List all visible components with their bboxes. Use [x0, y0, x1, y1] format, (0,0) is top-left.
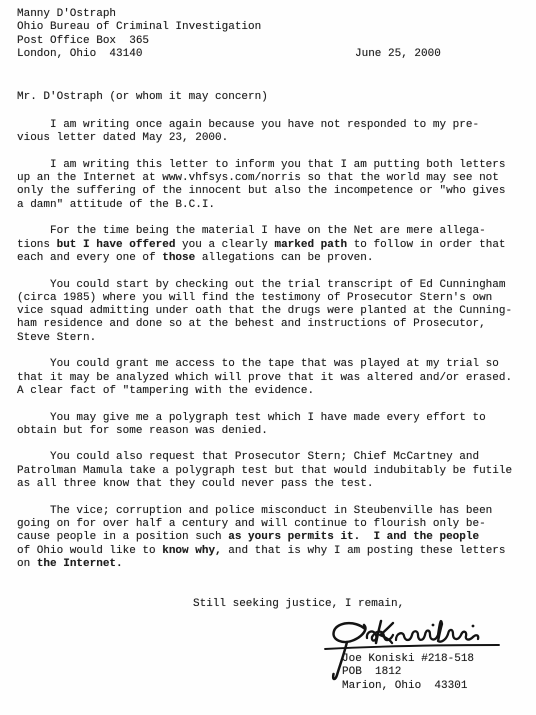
signature-underline: [325, 645, 499, 649]
letter-paragraph: For the time being the material I have o…: [17, 225, 529, 265]
text-segment: to follow in order that: [347, 239, 505, 251]
letter-body-line: You could grant me access to the tape th…: [17, 358, 529, 371]
closing-line: Still seeking justice, I remain,: [193, 598, 404, 611]
text-segment: each and every one of: [17, 252, 162, 264]
letter-body-line: up an the Internet at www.vhfsys.com/nor…: [17, 172, 529, 185]
text-segment: allegations can be proven.: [195, 252, 373, 264]
letter-body-line: Patrolman Mamula take a polygraph test b…: [17, 465, 529, 478]
emphasized-text-segment: marked path: [274, 239, 347, 251]
letter-body-line: ham residence and done so at the behest …: [17, 318, 529, 331]
text-segment: you a clearly: [175, 239, 274, 251]
emphasized-text-segment: the Internet.: [37, 558, 123, 570]
signature-i-dot: [432, 624, 435, 627]
sender-address-line: London, Ohio 43140: [17, 48, 261, 61]
signature-stroke: [367, 631, 393, 640]
letter-paragraph: You may give me a polygraph test which I…: [17, 412, 529, 439]
letter-body-line: on the Internet.: [17, 558, 529, 571]
letter-body-line: cause people in a position such as yours…: [17, 531, 529, 544]
letter-body-line: tions but I have offered you a clearly m…: [17, 239, 529, 252]
signature-stroke: [376, 621, 381, 643]
letter-body-line: of Ohio would like to know why, and that…: [17, 545, 529, 558]
signature-stroke: [334, 623, 366, 642]
letter-body-line: that it may be analyzed which will prove…: [17, 372, 529, 385]
letter-body-line: going on for over half a century and wil…: [17, 518, 529, 531]
letter-body-line: You could also request that Prosecutor S…: [17, 451, 529, 464]
signature-address-line: Joe Koniski #218-518: [342, 653, 474, 666]
letter-body-line: The vice; corruption and police miscondu…: [17, 505, 529, 518]
letter-paragraph: You could start by checking out the tria…: [17, 279, 529, 345]
signature-address-line: Marion, Ohio 43301: [342, 680, 474, 693]
letter-body-line: A clear fact of "tampering with the evid…: [17, 385, 529, 398]
letter-body: I am writing once again because you have…: [17, 119, 529, 571]
letter-paragraph: You could also request that Prosecutor S…: [17, 451, 529, 491]
signature-stroke: [396, 621, 478, 642]
text-segment: [360, 531, 373, 543]
emphasized-text-segment: those: [162, 252, 195, 264]
letter-body-line: You may give me a polygraph test which I…: [17, 412, 529, 425]
signature-i-dot: [472, 625, 475, 628]
text-segment: cause people in a position such: [17, 531, 228, 543]
letter-body-line: Steve Stern.: [17, 332, 529, 345]
sender-address-line: Post Office Box 365: [17, 35, 261, 48]
letter-body-line: vice squad admitting under oath that the…: [17, 305, 529, 318]
letter-paragraph: I am writing once again because you have…: [17, 119, 529, 146]
letter-paragraph: The vice; corruption and police miscondu…: [17, 505, 529, 571]
letter-paragraph: You could grant me access to the tape th…: [17, 358, 529, 398]
signature-stroke: [380, 623, 393, 643]
salutation-line: Mr. D'Ostraph (or whom it may concern): [17, 91, 268, 104]
text-segment: tions: [17, 239, 57, 251]
sender-address-line: Ohio Bureau of Criminal Investigation: [17, 21, 261, 34]
emphasized-text-segment: but I have offered: [57, 239, 176, 251]
letter-body-line: vious letter dated May 23, 2000.: [17, 132, 529, 145]
emphasized-text-segment: I and the people: [373, 531, 479, 543]
letter-paragraph: I am writing this letter to inform you t…: [17, 159, 529, 212]
letter-body-line: (circa 1985) where you will find the tes…: [17, 292, 529, 305]
letter-body-line: For the time being the material I have o…: [17, 225, 529, 238]
letter-body-line: only the suffering of the innocent but a…: [17, 185, 529, 198]
text-segment: of Ohio would like to: [17, 545, 162, 557]
signature-address-block: Joe Koniski #218-518POB 1812Marion, Ohio…: [342, 653, 474, 693]
letter-body-line: You could start by checking out the tria…: [17, 279, 529, 292]
letter-body-line: I am writing this letter to inform you t…: [17, 159, 529, 172]
sender-address-block: Manny D'OstraphOhio Bureau of Criminal I…: [17, 8, 261, 61]
letter-body-line: I am writing once again because you have…: [17, 119, 529, 132]
signature-address-line: POB 1812: [342, 666, 474, 679]
letter-body-line: a damn" attitude of the B.C.I.: [17, 199, 529, 212]
letter-body-line: each and every one of those allegations …: [17, 252, 529, 265]
emphasized-text-segment: as yours permits it.: [228, 531, 360, 543]
text-segment: on: [17, 558, 37, 570]
letter-body-line: as all three know that they could never …: [17, 478, 529, 491]
sender-address-line: Manny D'Ostraph: [17, 8, 261, 21]
text-segment: and that is why I am posting these lette…: [222, 545, 506, 557]
date-line: June 25, 2000: [355, 48, 441, 61]
emphasized-text-segment: know why,: [162, 545, 221, 557]
scanned-letter-page: Manny D'OstraphOhio Bureau of Criminal I…: [0, 0, 536, 715]
letter-body-line: obtain but for some reason was denied.: [17, 425, 529, 438]
